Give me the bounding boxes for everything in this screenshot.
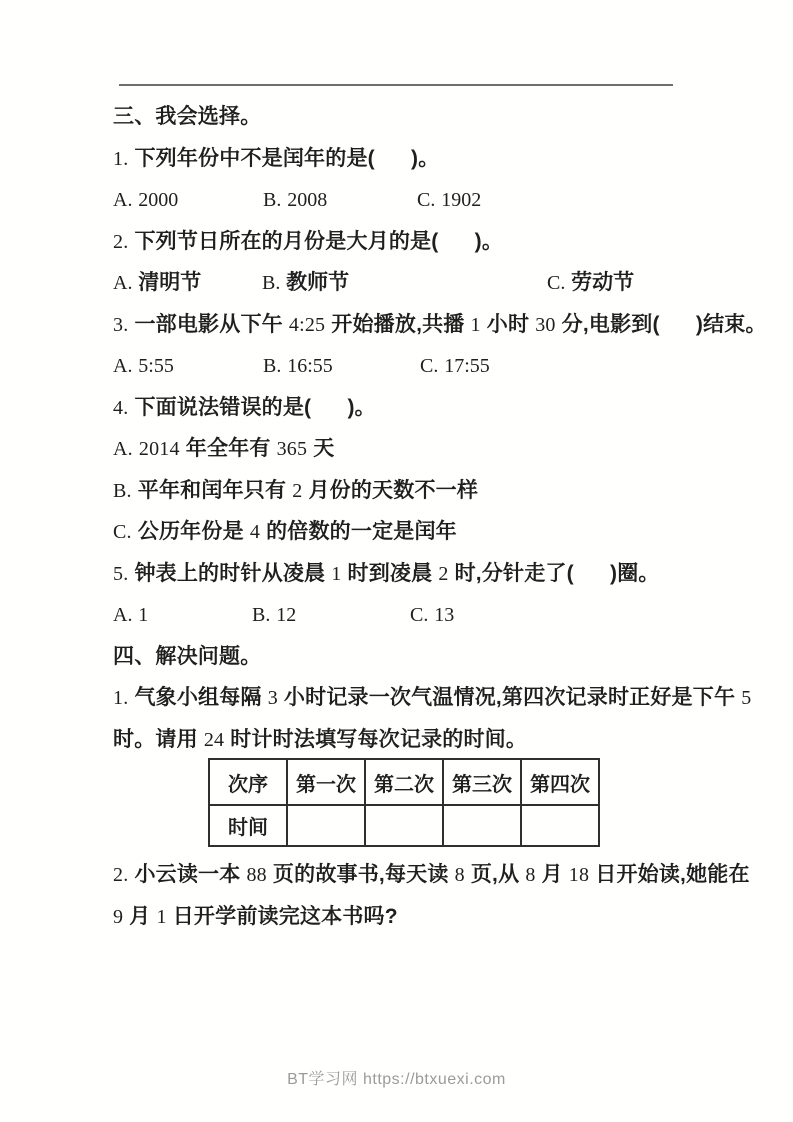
header-cell-order: 次序 (209, 759, 287, 805)
option-c: C. 劳动节 (547, 262, 634, 304)
question-3-2-text: 2. 下列节日所在的月份是大月的是( )。 (113, 221, 733, 263)
site-watermark: BT学习网 https://btxuexi.com (0, 1066, 793, 1089)
question-3-2-options: A. 清明节 B. 教师节 C. 劳动节 (113, 262, 733, 304)
option-a: A. 清明节 (113, 262, 201, 304)
blank-answer-cell (443, 805, 521, 846)
question-3-4-option-c: C. 公历年份是 4 的倍数的一定是闰年 (113, 511, 733, 553)
section-3-title: 三、我会选择。 (113, 96, 733, 138)
blank-answer-cell (521, 805, 599, 846)
question-3-5-text: 5. 钟表上的时针从凌晨 1 时到凌晨 2 时,分针走了( )圈。 (113, 553, 733, 595)
question-4-1-text-line1: 1. 气象小组每隔 3 小时记录一次气温情况,第四次记录时正好是下午 5 (113, 677, 733, 719)
question-3-1-text: 1. 下列年份中不是闰年的是( )。 (113, 138, 733, 180)
blank-answer-cell (287, 805, 365, 846)
question-3-5-options: A. 1 B. 12 C. 13 (113, 594, 733, 636)
question-4-1-text-line2: 时。请用 24 时计时法填写每次记录的时间。 (113, 719, 733, 761)
question-4-2-text-line1: 2. 小云读一本 88 页的故事书,每天读 8 页,从 8 月 18 日开始读,… (113, 854, 733, 896)
top-divider (119, 84, 673, 86)
question-3-1-options: A. 2000 B. 2008 C. 1902 (113, 179, 733, 221)
question-3-4-option-b: B. 平年和闰年只有 2 月份的天数不一样 (113, 470, 733, 512)
blank-answer-cell (365, 805, 443, 846)
header-cell-second: 第二次 (365, 759, 443, 805)
option-a: A. 1 (113, 594, 148, 636)
option-c: C. 17:55 (420, 345, 490, 387)
table-header-row: 次序 第一次 第二次 第三次 第四次 (209, 759, 599, 805)
option-b: B. 教师节 (262, 262, 349, 304)
table-time-row: 时间 (209, 805, 599, 846)
header-cell-fourth: 第四次 (521, 759, 599, 805)
option-c: C. 1902 (417, 179, 481, 221)
header-cell-third: 第三次 (443, 759, 521, 805)
row-label-cell: 时间 (209, 805, 287, 846)
question-3-4-text: 4. 下面说法错误的是( )。 (113, 387, 733, 429)
worksheet-content: 三、我会选择。 1. 下列年份中不是闰年的是( )。 A. 2000 B. 20… (113, 96, 733, 937)
question-3-3-options: A. 5:55 B. 16:55 C. 17:55 (113, 345, 733, 387)
option-c: C. 13 (410, 594, 454, 636)
header-cell-first: 第一次 (287, 759, 365, 805)
option-b: B. 2008 (263, 179, 327, 221)
option-a: A. 2000 (113, 179, 178, 221)
section-4-title: 四、解决问题。 (113, 636, 733, 678)
question-4-2-text-line2: 9 月 1 日开学前读完这本书吗? (113, 896, 733, 938)
worksheet-page: 三、我会选择。 1. 下列年份中不是闰年的是( )。 A. 2000 B. 20… (0, 0, 793, 1122)
option-b: B. 16:55 (263, 345, 333, 387)
option-b: B. 12 (252, 594, 296, 636)
option-a: A. 5:55 (113, 345, 174, 387)
temperature-record-table: 次序 第一次 第二次 第三次 第四次 时间 (208, 758, 600, 847)
question-3-4-option-a: A. 2014 年全年有 365 天 (113, 428, 733, 470)
question-3-3-text: 3. 一部电影从下午 4:25 开始播放,共播 1 小时 30 分,电影到( )… (113, 304, 733, 346)
